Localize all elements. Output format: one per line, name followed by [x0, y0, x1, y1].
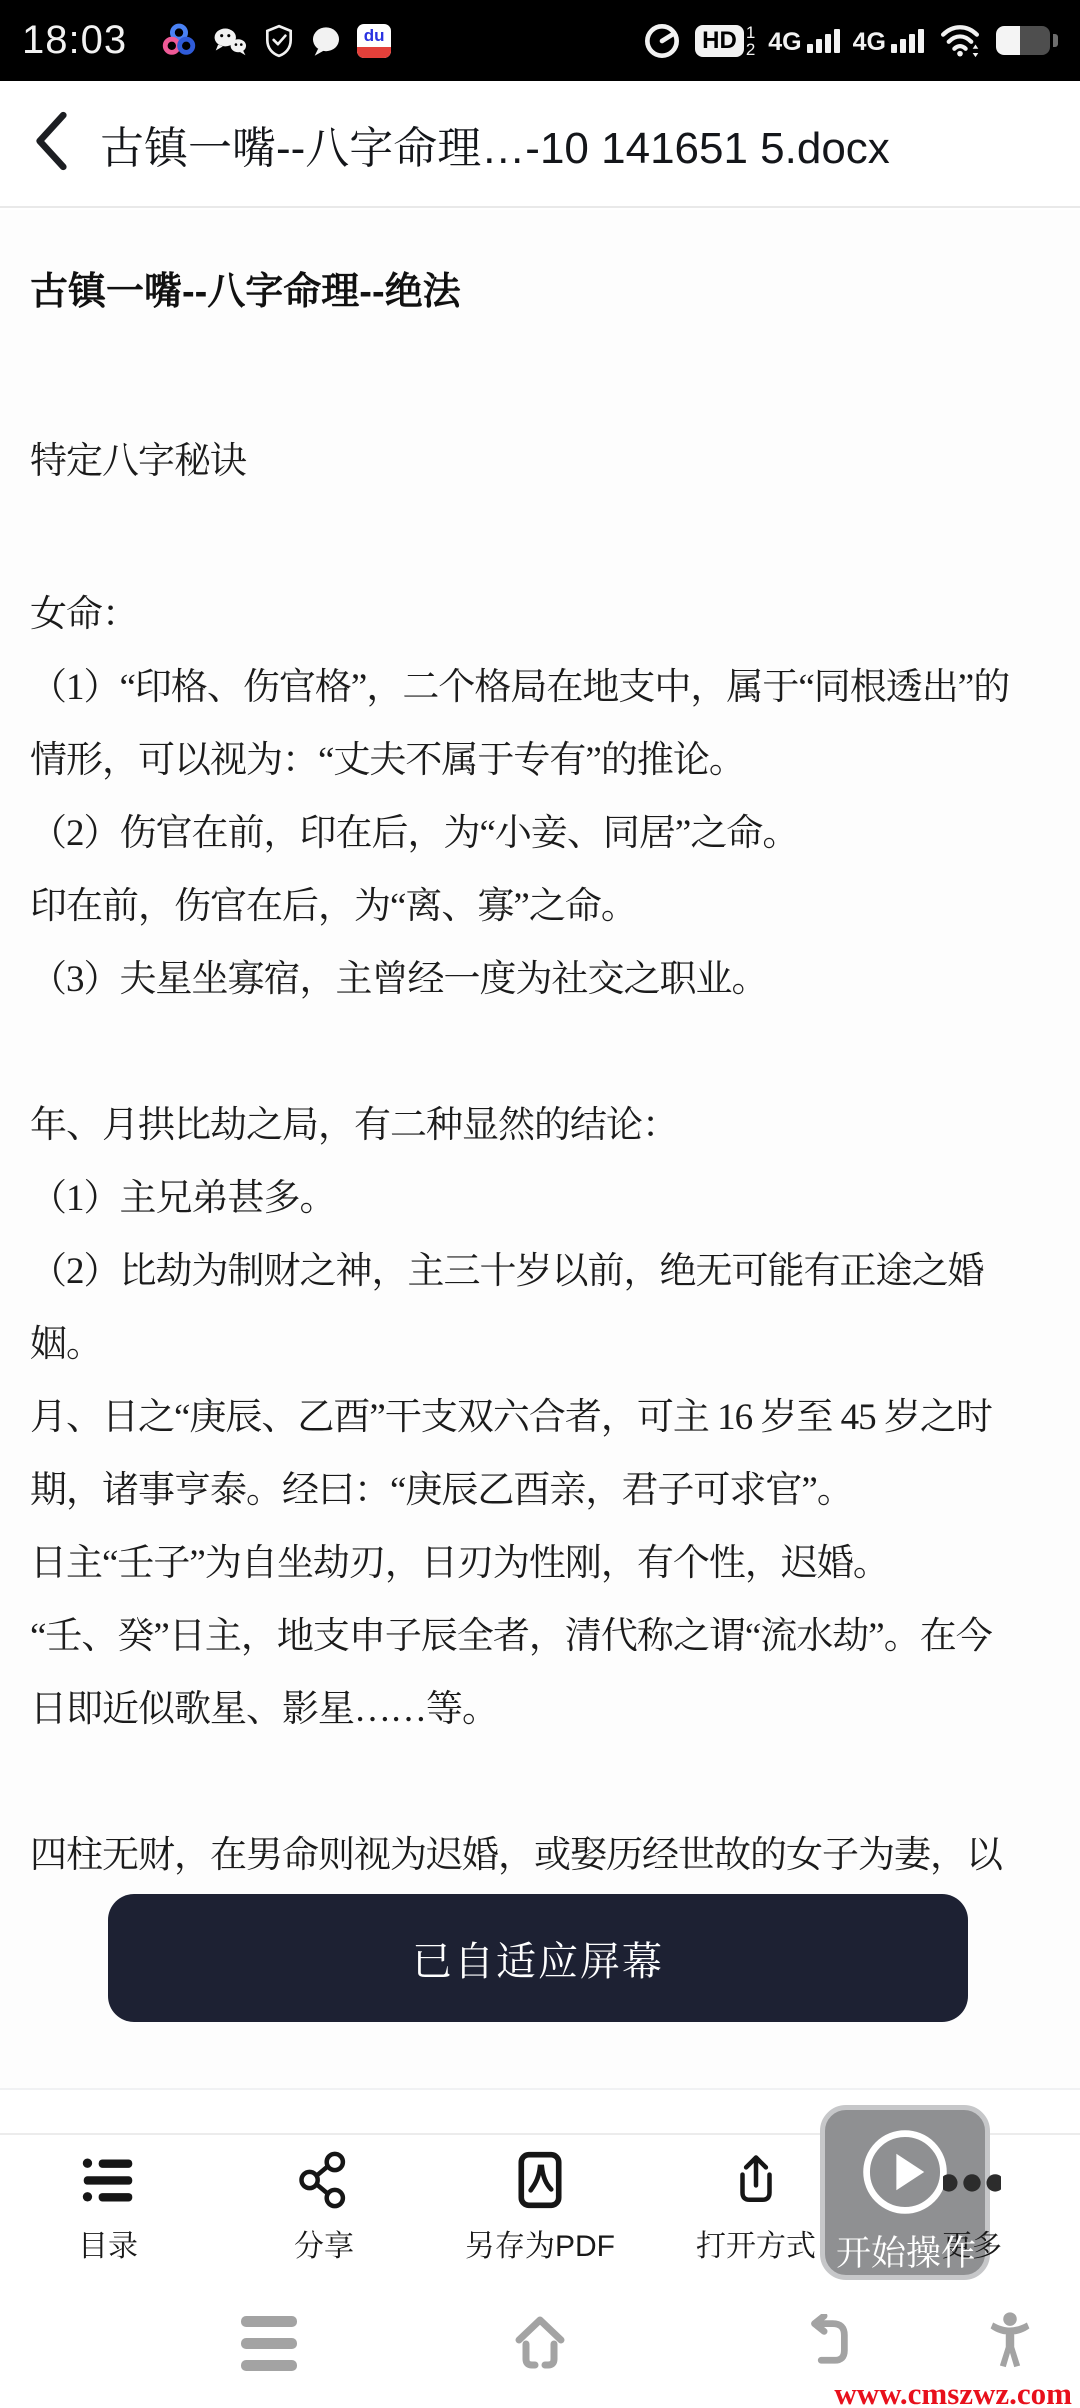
clock-time: 18:03 — [22, 18, 127, 63]
sim1-4g-signal-icon: 4G — [768, 29, 839, 53]
toolbar-label: 分享 — [294, 2221, 354, 2265]
baidu-du-glyph: du — [364, 24, 385, 47]
doc-line: 印在前，伤官在后，为“离、寡”之命。 — [30, 870, 1050, 943]
message-bubble-icon — [309, 24, 343, 58]
status-bar-right: HD 1 2 4G 4G — [642, 21, 1058, 61]
document-title: 古镇一嘴--八字命理…-10 141651 5.docx — [100, 112, 890, 176]
sim2-4g-signal-icon: 4G — [853, 29, 924, 53]
open-with-export-icon — [729, 2149, 783, 2211]
toolbar-label: 目录 — [78, 2221, 138, 2265]
floating-widget-label: 开始操作 — [836, 2226, 986, 2276]
doc-line: 女命： — [30, 578, 1050, 651]
hd-sim1: 1 — [746, 24, 755, 41]
status-bar-left: 18:03 — [22, 18, 391, 63]
wifi-icon — [937, 22, 983, 60]
toolbar-label: 打开方式 — [696, 2221, 816, 2265]
watermark-text: www.cmszwz.com — [834, 2376, 1072, 2408]
toolbar-label: 另存为PDF — [465, 2221, 615, 2265]
doc-line: （1）“印格、伤官格”，二个格局在地支中，属于“同根透出”的 — [30, 651, 1050, 724]
doc-line: 日即近似歌星、影星……等。 — [30, 1673, 1050, 1746]
doc-line: 特定八字秘诀 — [30, 425, 1050, 498]
phone-screen: 18:03 — [0, 0, 1080, 2408]
back-arrow-icon — [798, 2314, 856, 2373]
security-shield-icon — [263, 24, 295, 58]
doc-line: 情形，可以视为：“丈夫不属于专有”的推论。 — [30, 724, 1050, 797]
toolbar-item-share[interactable]: 分享 — [216, 2135, 432, 2293]
doc-line: 四柱无财，在男命则视为迟婚，或娶历经世故的女子为妻，以 — [30, 1819, 1050, 1892]
volte-hd-icon: HD 1 2 — [695, 24, 755, 58]
tri-ring-app-logo-icon — [161, 23, 197, 59]
accessibility-person-icon — [983, 2311, 1037, 2376]
back-button[interactable] — [0, 81, 100, 206]
pdf-file-icon — [515, 2149, 565, 2211]
battery-icon — [996, 26, 1050, 55]
status-bar: 18:03 — [0, 0, 1080, 81]
toast-fit-screen: 已自适应屏幕 — [108, 1894, 968, 2022]
doc-line: 月、日之“庚辰、乙酉”干支双六合者，可主 16 岁至 45 岁之时 — [30, 1381, 1050, 1454]
more-dots-icon — [943, 2149, 1001, 2211]
battery-nub — [1053, 34, 1058, 47]
doc-line: （1）主兄弟甚多。 — [30, 1162, 1050, 1235]
doc-line: 期，诸事亨泰。经曰：“庚辰乙酉亲，君子可求官”。 — [30, 1454, 1050, 1527]
baidu-red-strip — [357, 47, 391, 58]
home-button[interactable] — [480, 2293, 600, 2393]
hd-sim2: 2 — [746, 41, 755, 58]
panel-divider — [0, 2088, 1080, 2090]
baidu-app-icon: du — [357, 24, 391, 58]
toast-text: 已自适应屏幕 — [412, 1930, 664, 1987]
share-nodes-icon — [297, 2149, 351, 2211]
doc-line: （2）伤官在前，印在后，为“小妾、同居”之命。 — [30, 797, 1050, 870]
wechat-icon — [211, 24, 249, 58]
recents-menu-icon — [241, 2316, 297, 2371]
doc-line: 日主“壬子”为自坐劫刃，日刃为性刚，有个性，迟婚。 — [30, 1527, 1050, 1600]
doc-line: “壬、癸”日主，地支申子辰全者，清代称之谓“流水劫”。在今 — [30, 1600, 1050, 1673]
doc-line: （2）比劫为制财之神，主三十岁以前，绝无可能有正途之婚 — [30, 1235, 1050, 1308]
header-bar: 古镇一嘴--八字命理…-10 141651 5.docx — [0, 81, 1080, 208]
chevron-left-icon — [32, 110, 68, 177]
home-icon — [507, 2310, 573, 2377]
recents-button[interactable] — [209, 2293, 329, 2393]
document-page[interactable]: 古镇一嘴--八字命理--绝法 特定八字秘诀 女命： （1）“印格、伤官格”，二个… — [0, 210, 1080, 2088]
doc-line: （3）夫星坐寡宿，主曾经一度为社交之职业。 — [30, 943, 1050, 1016]
speed-gauge-icon — [642, 21, 682, 61]
toolbar-item-save-pdf[interactable]: 另存为PDF — [432, 2135, 648, 2293]
doc-line: 姻。 — [30, 1308, 1050, 1381]
toc-list-icon — [80, 2149, 136, 2211]
document-heading: 古镇一嘴--八字命理--绝法 — [30, 256, 1050, 329]
toolbar-item-toc[interactable]: 目录 — [0, 2135, 216, 2293]
doc-line: 年、月拱比劫之局，有二种显然的结论： — [30, 1089, 1050, 1162]
